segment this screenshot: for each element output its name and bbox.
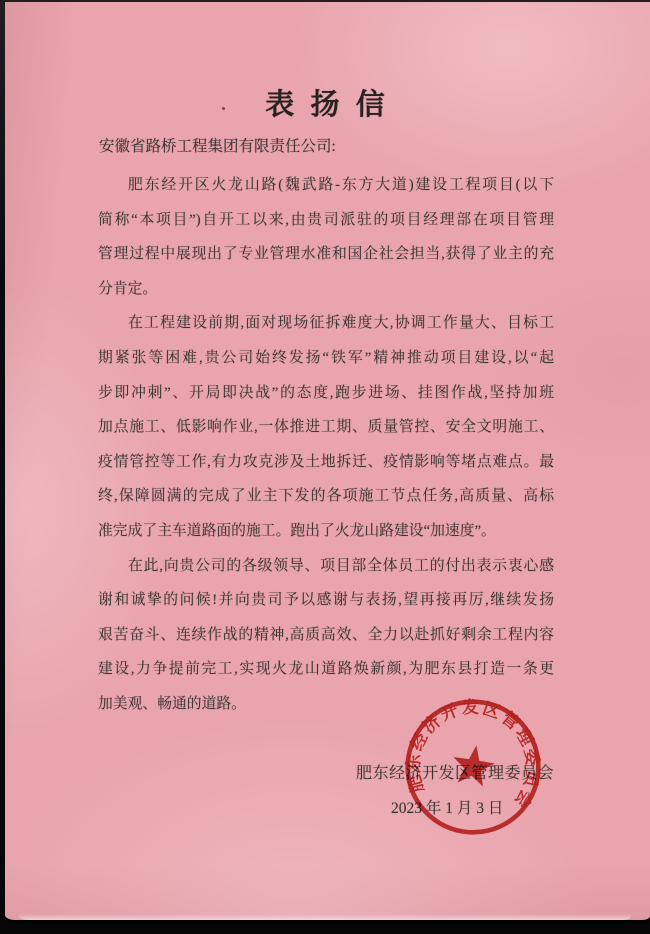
body-line: 加点施工、低影响作业,一体推进工期、质量管控、安全文明施工、 <box>98 410 554 445</box>
official-seal-stamp: 肥东经济开发区管理委员会 <box>392 686 554 848</box>
body-line: 在工程建设前期,面对现场征拆难度大,协调工作量大、目标工 <box>98 306 554 341</box>
body-line: 谢和诚挚的问候!并向贵司予以感谢与表扬,望再接再厉,继续发扬 <box>98 583 554 618</box>
body-line: 建设,力争提前完工,实现火龙山道路焕新颜,为肥东县打造一条更 <box>98 652 554 687</box>
letter-body: 肥东经开区火龙山路(魏武路-东方大道)建设工程项目(以下 简称“本项目”)自开工… <box>98 168 554 722</box>
scanned-page: 表 扬 信 安徽省路桥工程集团有限责任公司: 肥东经开区火龙山路(魏武路-东方大… <box>0 0 650 934</box>
body-line: 准完成了主车道路面的施工。跑出了火龙山路建设“加速度”。 <box>98 514 554 549</box>
seal-star-icon <box>450 742 498 788</box>
body-line: 管理过程中展现出了专业管理水准和国企社会担当,获得了业主的充 <box>98 237 554 272</box>
salutation: 安徽省路桥工程集团有限责任公司: <box>99 134 336 156</box>
body-line: 步即冲刺”、开局即决战”的态度,跑步进场、挂图作战,坚持加班 <box>98 376 554 411</box>
body-line: 肥东经开区火龙山路(魏武路-东方大道)建设工程项目(以下 <box>98 168 554 203</box>
body-line: 艰苦奋斗、连续作战的精神,高质高效、全力以赴抓好剩余工程内容 <box>98 618 554 653</box>
letter-title: 表 扬 信 <box>0 82 650 123</box>
body-line: 疫情管控等工作,有力攻克涉及土地拆迁、疫情影响等堵点难点。最 <box>98 445 554 480</box>
body-line: 在此,向贵公司的各级领导、项目部全体员工的付出表示衷心感 <box>98 549 554 584</box>
body-line: 期紧张等困难,贵公司始终发扬“铁军”精神推动项目建设,以“起 <box>98 341 554 376</box>
body-line: 简称“本项目”)自开工以来,由贵司派驻的项目经理部在项目管理 <box>98 203 554 238</box>
body-line: 分肯定。 <box>98 272 554 307</box>
body-line: 终,保障圆满的完成了业主下发的各项施工节点任务,高质量、高标 <box>98 479 554 514</box>
